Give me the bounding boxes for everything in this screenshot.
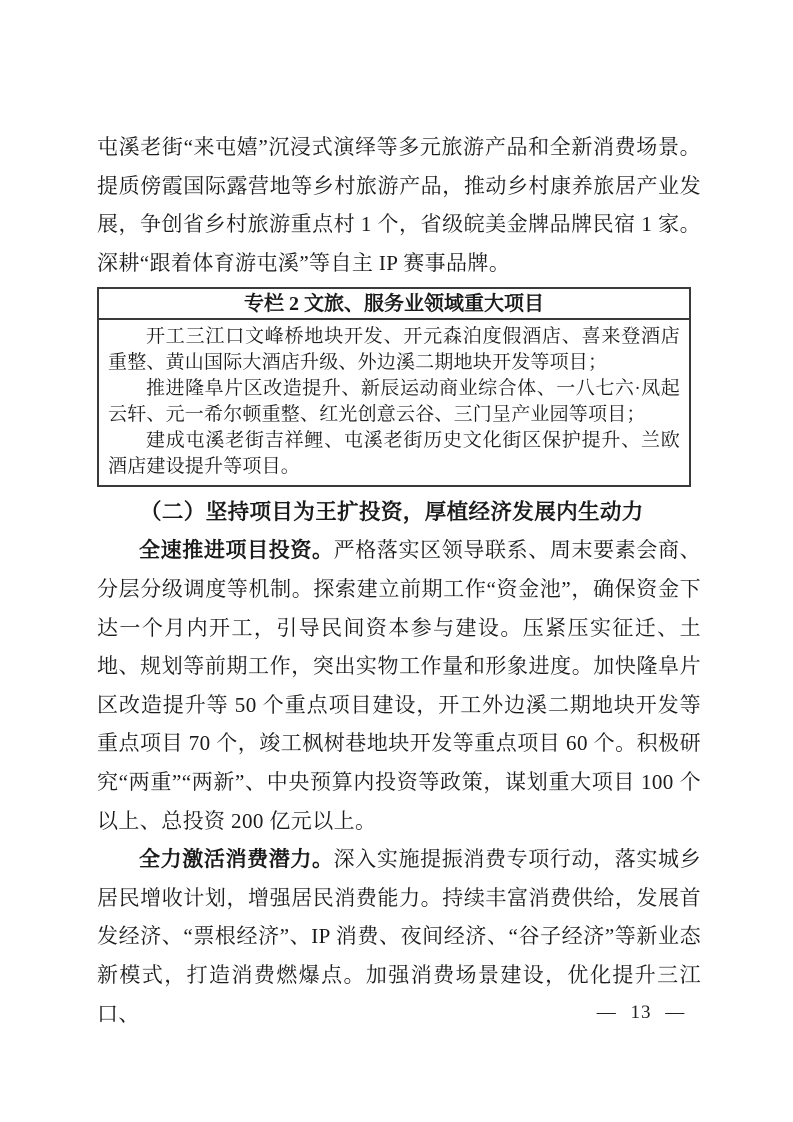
section-heading: （二）坚持项目为王扩投资，厚植经济发展内生动力 <box>97 493 701 531</box>
column-box-body: 开工三江口文峰桥地块开发、开元森泊度假酒店、喜来登酒店重整、黄山国际大酒店升级、… <box>99 320 689 485</box>
paragraph-tourism: 屯溪老街“来屯嬉”沉浸式演绎等多元旅游产品和全新消费场景。提质傍霞国际露营地等乡… <box>97 128 701 282</box>
column-box-item-3: 建成屯溪老街吉祥鲤、屯溪老街历史文化街区保护提升、兰欧酒店建设提升等项目。 <box>108 428 680 480</box>
column-box-item-2: 推进隆阜片区改造提升、新辰运动商业综合体、一八七六·凤起云轩、元一希尔顿重整、红… <box>108 376 680 428</box>
page-number: — 13 — <box>585 1002 697 1024</box>
paragraph-investment: 全速推进项目投资。严格落实区领导联系、周末要素会商、分层分级调度等机制。探索建立… <box>97 531 701 840</box>
column-box: 专栏 2 文旅、服务业领域重大项目 开工三江口文峰桥地块开发、开元森泊度假酒店、… <box>97 287 691 487</box>
paragraph-consumption-lead: 全力激活消费潜力。 <box>139 847 334 871</box>
column-box-title: 专栏 2 文旅、服务业领域重大项目 <box>99 289 689 320</box>
page-content: 屯溪老街“来屯嬉”沉浸式演绎等多元旅游产品和全新消费场景。提质傍霞国际露营地等乡… <box>97 128 701 1033</box>
paragraph-consumption-body: 深入实施提振消费专项行动，落实城乡居民增收计划，增强居民消费能力。持续丰富消费供… <box>97 847 701 1025</box>
paragraph-investment-body: 严格落实区领导联系、周末要素会商、分层分级调度等机制。探索建立前期工作“资金池”… <box>97 538 701 832</box>
column-box-item-1: 开工三江口文峰桥地块开发、开元森泊度假酒店、喜来登酒店重整、黄山国际大酒店升级、… <box>108 324 680 376</box>
paragraph-investment-lead: 全速推进项目投资。 <box>139 538 334 562</box>
document-page: 屯溪老街“来屯嬉”沉浸式演绎等多元旅游产品和全新消费场景。提质傍霞国际露营地等乡… <box>0 0 793 1122</box>
